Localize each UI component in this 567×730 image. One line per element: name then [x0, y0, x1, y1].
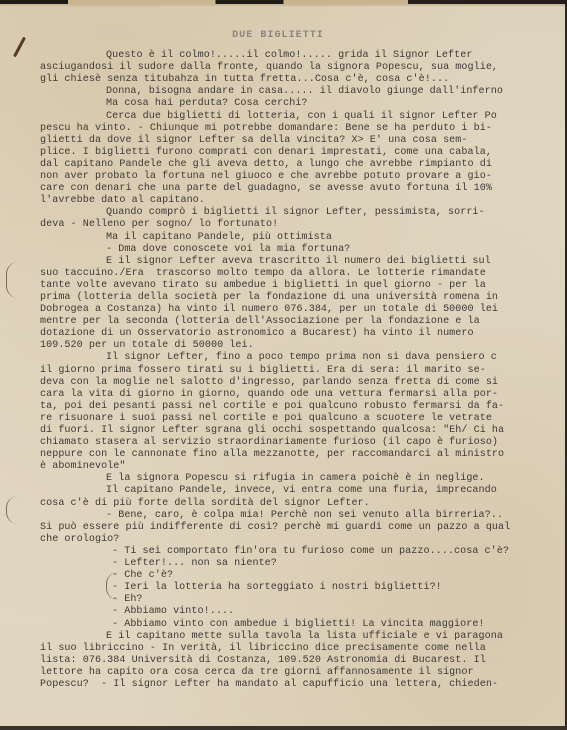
text-line: gli chiesè senza titubahza in tutta fret… [40, 74, 560, 86]
text-line: Il signor Lefter, fino a poco tempo prim… [40, 352, 560, 364]
text-line: Dobrogea a Costanza) ha vinto il numero … [40, 304, 560, 316]
text-line: prima (lotteria della società per la fon… [40, 292, 560, 304]
text-line: asciugandosi il sudore dalla fronte, qua… [40, 62, 560, 74]
text-line: è abominevole" [40, 461, 560, 473]
text-line: - Dma dove conoscete voi la mia fortuna? [40, 244, 560, 256]
text-line: - Che c'è? [40, 570, 560, 582]
text-line: - Ieri la lotteria ha sorteggiato i nost… [40, 582, 560, 594]
text-line: Quando comprò i biglietti il signor Left… [40, 207, 560, 219]
text-line: - Abbiamo vinto!.... [40, 606, 560, 618]
text-line: care con denari che una parte del guadag… [40, 183, 560, 195]
text-line: - Ti sei comportato fin'ora tu furioso c… [40, 546, 560, 558]
document-text: Questo è il colmo!.....il colmo!..... gr… [40, 50, 560, 691]
text-line: lettore ha capito ora cosa cerca da tre … [40, 667, 560, 679]
text-line: il suo libriccino - In verità, il libric… [40, 643, 560, 655]
text-line: lista: 076.384 Università di Costanza, 1… [40, 655, 560, 667]
document-body: DUE BIGLIETTI Questo è il colmo!.....il … [40, 30, 560, 691]
text-line: Ma cosa hai perduta? Cosa cerchi? [40, 98, 560, 110]
text-line: Questo è il colmo!.....il colmo!..... gr… [40, 50, 560, 62]
text-line: suo taccuino./Era trascorso molto tempo … [40, 268, 560, 280]
text-line: re risuonare i suoi passi nel cortile e … [40, 413, 560, 425]
text-line: neppure con le cannonate fino alla mezza… [40, 449, 560, 461]
text-line: il giorno prima fossero tirati su i bigl… [40, 365, 560, 377]
margin-bracket-mark [6, 262, 21, 298]
text-line: non aver probato la fortuna nel giuoco e… [40, 171, 560, 183]
text-line: Il capitano Pandele, invece, vi entra co… [40, 485, 560, 497]
document-title: DUE BIGLIETTI [18, 30, 538, 42]
text-line: dotazione di un Osservatorio astronomico… [40, 328, 560, 340]
text-line: cosa c'è di più forte della sordità del … [40, 498, 560, 510]
text-line: plice. I biglietti furono comprati con d… [40, 147, 560, 159]
text-line: l'avrebbe dato al capitano. [40, 195, 560, 207]
text-line: E il signor Lefter aveva trascritto il n… [40, 256, 560, 268]
text-line: Donna, bisogna andare in casa..... il di… [40, 86, 560, 98]
text-line: mentre per la seconda (lotteria dell'Ass… [40, 316, 560, 328]
margin-bracket-mark [6, 496, 21, 524]
text-line: dal capitano Pandele che gli aveva detto… [40, 159, 560, 171]
text-line: - Abbiamo vinto con ambedue i biglietti!… [40, 619, 560, 631]
text-line: ta, poi dei pesanti passi nel cortile e … [40, 401, 560, 413]
text-line: di fuori. Il signor Lefter sgrana gli oc… [40, 425, 560, 437]
text-line: Si può essere più indifferente di così? … [40, 522, 560, 534]
text-line: E la signora Popescu si rifugia in camer… [40, 473, 560, 485]
text-line: 109.520 per un totale di 50000 lei. [40, 340, 560, 352]
text-line: cara la vita di giorno in giorno, quando… [40, 389, 560, 401]
text-line: - Lefter!... non sa niente? [40, 558, 560, 570]
text-line: Cerca due biglietti di lotteria, con i q… [40, 111, 560, 123]
text-line: Ma il capitano Pandele, più ottimista [40, 232, 560, 244]
text-line: E il capitano mette sulla tavola la list… [40, 631, 560, 643]
text-line: pescu ha vinto. - Chiunque mi potrebbe d… [40, 123, 560, 135]
text-line: - Eh? [40, 594, 560, 606]
text-line: che orologio? [40, 534, 560, 546]
text-line: glietti da dove il signor Lefter sa dell… [40, 135, 560, 147]
text-line: deva con la moglie nel salotto d'ingress… [40, 377, 560, 389]
text-line: tante volte avevano tirato su ambedue i … [40, 280, 560, 292]
text-line: Popescu? - Il signor Lefter ha mandato a… [40, 679, 560, 691]
page-bottom-edge [0, 726, 567, 730]
text-line: deva - Nelleno per sogno/ lo fortunato! [40, 219, 560, 231]
text-line: chiamato stasera al servizio straordinar… [40, 437, 560, 449]
text-line: - Bene, caro, è colpa mia! Perchè non se… [40, 510, 560, 522]
